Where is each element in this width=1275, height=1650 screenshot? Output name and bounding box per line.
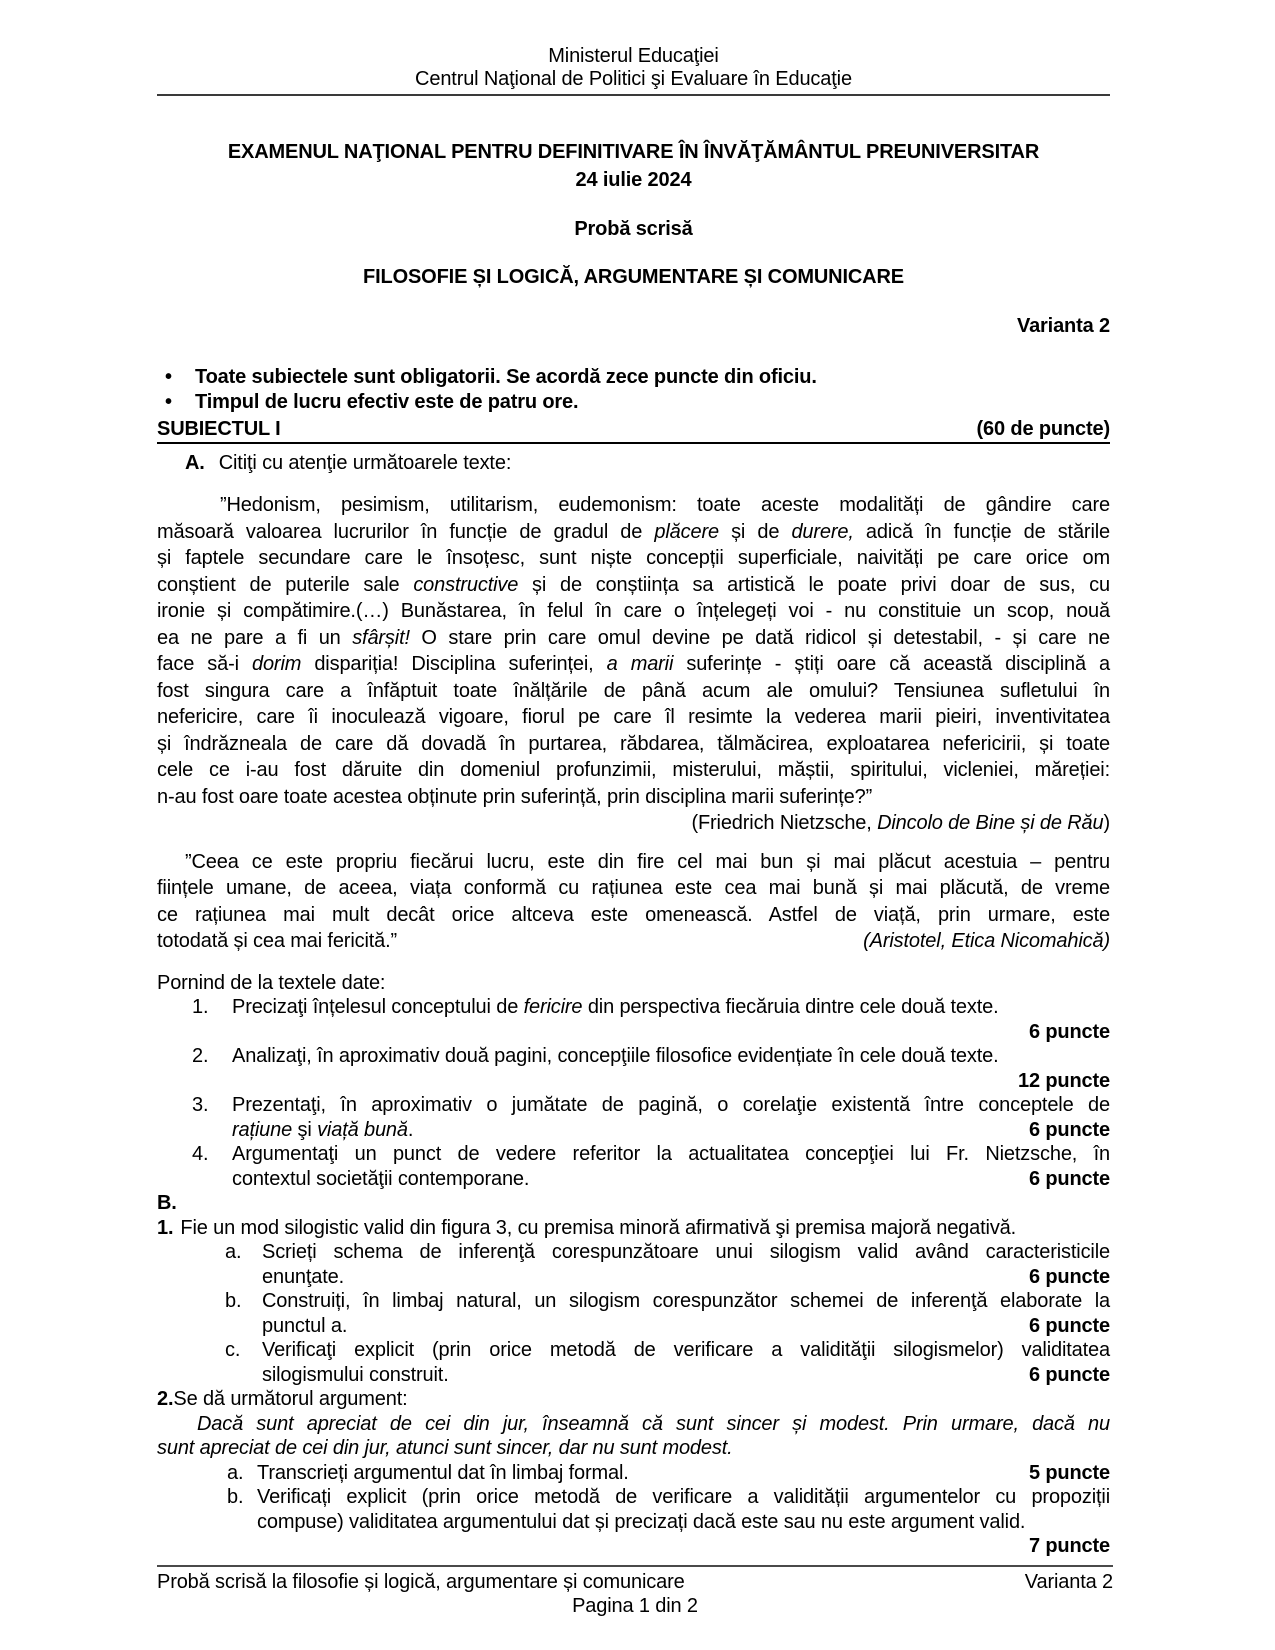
points-label: 5 puncte (1029, 1461, 1110, 1486)
exam-date: 24 iulie 2024 (157, 166, 1110, 194)
item-text: rațiune şi viață bună. (232, 1118, 413, 1143)
points-label: 6 puncte (1029, 1118, 1110, 1143)
item-marker: b. (227, 1485, 243, 1510)
aristotle-last-row: totodată și cea mai fericită.” (Aristote… (157, 928, 1110, 955)
text-line: măsoară valoarea lucrurilor în funcție d… (157, 519, 1110, 546)
item-marker: a. (225, 1240, 241, 1265)
aristotle-quote-text: ”Ceea ce este propriu fiecărui lucru, es… (157, 849, 1110, 929)
item-text: enunţate. (262, 1265, 344, 1290)
footer-page-number: Pagina 1 din 2 (157, 1594, 1113, 1618)
points-label: 6 puncte (1029, 1363, 1110, 1388)
item-body: Argumentaţi un punct de vedere referitor… (232, 1142, 1110, 1191)
partB-q2-text: Se dă următorul argument: (173, 1388, 407, 1410)
item-line: Argumentaţi un punct de vedere referitor… (232, 1142, 1110, 1167)
item-line: rațiune şi viață bună.6 puncte (232, 1118, 1110, 1143)
exam-title: EXAMENUL NAŢIONAL PENTRU DEFINITIVARE ÎN… (157, 138, 1110, 166)
footer-row: Probă scrisă la filosofie și logică, arg… (157, 1570, 1113, 1594)
text-line: ea ne pare a fi un sfârșit! O stare prin… (157, 625, 1110, 652)
item-body: Prezentaţi, în aproximativ o jumătate de… (232, 1093, 1110, 1142)
list-item: c.Verificaţi explicit (prin orice metodă… (157, 1338, 1110, 1387)
nietzsche-attribution: (Friedrich Nietzsche, Dincolo de Bine și… (157, 810, 1110, 837)
partB-q2-marker: 2. (157, 1388, 173, 1410)
item-text: contextul societăţii contemporane. (232, 1167, 529, 1192)
item-body: Precizaţi înțelesul conceptului de feric… (232, 995, 1110, 1044)
header-rule (157, 94, 1110, 96)
text-line: n-au fost oare toate acestea obținute pr… (157, 784, 1110, 811)
item-marker: 4. (192, 1142, 208, 1167)
item-marker: 2. (192, 1044, 208, 1069)
item-body: Scrieți schema de inferenţă corespunzăto… (262, 1240, 1110, 1289)
notice-item: • Toate subiectele sunt obligatorii. Se … (157, 365, 1110, 390)
center-name: Centrul Naţional de Politici şi Evaluare… (157, 68, 1110, 91)
points-label: 6 puncte (1029, 1314, 1110, 1339)
item-body: Transcrieți argumentul dat în limbaj for… (257, 1461, 1110, 1486)
partA-instruction: Citiţi cu atenţie următoarele texte: (219, 452, 512, 474)
subject1-title: SUBIECTUL I (157, 417, 281, 441)
text-line: ființele umane, de aceea, viața conformă… (157, 875, 1110, 902)
aristotle-attribution: (Aristotel, Etica Nicomahică) (863, 928, 1110, 955)
text-line: ce rațiunea mai mult decât orice altceva… (157, 902, 1110, 929)
text-line: și îndrăzneala de care dă dovadă în purt… (157, 731, 1110, 758)
item-line: enunţate.6 puncte (262, 1265, 1110, 1290)
tasks-lead: Pornind de la textele date: (157, 971, 1110, 996)
item-marker: 1. (192, 995, 208, 1020)
text-line: ironie și compătimire.(…) Bunăstarea, în… (157, 598, 1110, 625)
item-line: silogismului construit.6 puncte (262, 1363, 1110, 1388)
item-line: Construiți, în limbaj natural, un silogi… (262, 1289, 1110, 1314)
item-line: Transcrieți argumentul dat în limbaj for… (257, 1461, 1110, 1486)
nietzsche-quote-text: ”Hedonism, pesimism, utilitarism, eudemo… (157, 492, 1110, 810)
list-item: 1.Precizaţi înțelesul conceptului de fer… (157, 995, 1110, 1044)
document-header: Ministerul Educaţiei Centrul Naţional de… (157, 45, 1110, 91)
bullet-icon: • (165, 390, 195, 415)
subject1-points: (60 de puncte) (977, 417, 1110, 441)
list-item: a.Scrieți schema de inferenţă corespunză… (157, 1240, 1110, 1289)
item-body: Verificați explicit (prin orice metodă d… (257, 1485, 1110, 1559)
item-marker: 3. (192, 1093, 208, 1118)
text-line: și faptele secundare care le însoțesc, s… (157, 545, 1110, 572)
item-line: Scrieți schema de inferenţă corespunzăto… (262, 1240, 1110, 1265)
item-line: Prezentaţi, în aproximativ o jumătate de… (232, 1093, 1110, 1118)
item-text: punctul a. (262, 1314, 347, 1339)
item-line: Precizaţi înțelesul conceptului de feric… (232, 995, 1110, 1020)
item-text: Transcrieți argumentul dat în limbaj for… (257, 1461, 629, 1486)
notice-text: Toate subiectele sunt obligatorii. Se ac… (195, 365, 817, 390)
notice-item: • Timpul de lucru efectiv este de patru … (157, 390, 1110, 415)
variant-label: Varianta 2 (157, 314, 1110, 338)
exam-document-page: Ministerul Educaţiei Centrul Naţional de… (0, 0, 1275, 1650)
partB-label: B. (157, 1191, 1110, 1216)
item-line: contextul societăţii contemporane.6 punc… (232, 1167, 1110, 1192)
text-line: cele ce i-au fost dăruite din domeniul p… (157, 757, 1110, 784)
item-line: compuse) validitatea argumentului dat și… (257, 1510, 1110, 1535)
points-label: 6 puncte (1029, 1265, 1110, 1290)
partB-q2-list: a.Transcrieți argumentul dat în limbaj f… (157, 1461, 1110, 1559)
list-item: 3.Prezentaţi, în aproximativ o jumătate … (157, 1093, 1110, 1142)
footer-variant: Varianta 2 (1025, 1570, 1113, 1594)
text-line: nefericire, care îi inoculează vigoare, … (157, 704, 1110, 731)
text-line: face să-i dorim dispariția! Disciplina s… (157, 651, 1110, 678)
title-block: EXAMENUL NAŢIONAL PENTRU DEFINITIVARE ÎN… (157, 138, 1110, 291)
notice-text: Timpul de lucru efectiv este de patru or… (195, 390, 578, 415)
partB-q1-text: Fie un mod silogistic valid din figura 3… (180, 1217, 1016, 1239)
text-line: ”Ceea ce este propriu fiecărui lucru, es… (157, 849, 1110, 876)
item-marker: b. (225, 1289, 241, 1314)
list-item: 4.Argumentaţi un punct de vedere referit… (157, 1142, 1110, 1191)
item-text: silogismului construit. (262, 1363, 449, 1388)
partB-q2-row: 2.Se dă următorul argument: (157, 1387, 1110, 1412)
partB-q1-marker: 1. (157, 1217, 173, 1239)
list-item: b.Construiți, în limbaj natural, un silo… (157, 1289, 1110, 1338)
item-line: punctul a.6 puncte (262, 1314, 1110, 1339)
footer-rule (157, 1565, 1113, 1567)
text-line: ”Hedonism, pesimism, utilitarism, eudemo… (157, 492, 1110, 519)
list-item: 2.Analizaţi, în aproximativ două pagini,… (157, 1044, 1110, 1093)
item-body: Construiți, în limbaj natural, un silogi… (262, 1289, 1110, 1338)
points-label: 6 puncte (1029, 1167, 1110, 1192)
argument-text: Dacă sunt apreciat de cei din jur, însea… (157, 1412, 1110, 1461)
item-line: Verificaţi explicit (prin orice metodă d… (262, 1338, 1110, 1363)
list-item: b.Verificați explicit (prin orice metodă… (157, 1485, 1110, 1559)
partA-row: A.Citiţi cu atenţie următoarele texte: (157, 451, 1110, 476)
ministry-name: Ministerul Educaţiei (157, 45, 1110, 68)
item-line: Verificați explicit (prin orice metodă d… (257, 1485, 1110, 1510)
points-label: 7 puncte (257, 1534, 1110, 1559)
item-marker: a. (227, 1461, 243, 1486)
item-line: Analizaţi, în aproximativ două pagini, c… (232, 1044, 1110, 1069)
partA-label: A. (185, 452, 205, 474)
points-label: 6 puncte (232, 1020, 1110, 1045)
item-body: Verificaţi explicit (prin orice metodă d… (262, 1338, 1110, 1387)
subject1-heading-row: SUBIECTUL I (60 de puncte) (157, 417, 1110, 444)
partA-task-list: 1.Precizaţi înțelesul conceptului de fer… (157, 995, 1110, 1191)
discipline-title: FILOSOFIE ȘI LOGICĂ, ARGUMENTARE ȘI COMU… (157, 263, 1110, 291)
text-line: conștient de puterile sale constructive … (157, 572, 1110, 599)
text-line: Dacă sunt apreciat de cei din jur, însea… (157, 1412, 1110, 1437)
points-label: 12 puncte (232, 1069, 1110, 1094)
list-item: a.Transcrieți argumentul dat în limbaj f… (157, 1461, 1110, 1486)
text-line: sunt apreciat de cei din jur, atunci sun… (157, 1436, 1110, 1461)
notices: • Toate subiectele sunt obligatorii. Se … (157, 365, 1110, 415)
bullet-icon: • (165, 365, 195, 390)
partB-q1-list: a.Scrieți schema de inferenţă corespunză… (157, 1240, 1110, 1387)
footer-paper-name: Probă scrisă la filosofie și logică, arg… (157, 1570, 685, 1594)
partB-q1-row: 1.Fie un mod silogistic valid din figura… (157, 1216, 1110, 1241)
item-body: Analizaţi, în aproximativ două pagini, c… (232, 1044, 1110, 1093)
paper-type: Probă scrisă (157, 215, 1110, 243)
item-marker: c. (225, 1338, 240, 1363)
document-footer: Probă scrisă la filosofie și logică, arg… (157, 1565, 1113, 1618)
aristotle-last-line: totodată și cea mai fericită.” (157, 928, 397, 955)
text-line: fost singura care a înfăptuit toate înăl… (157, 678, 1110, 705)
